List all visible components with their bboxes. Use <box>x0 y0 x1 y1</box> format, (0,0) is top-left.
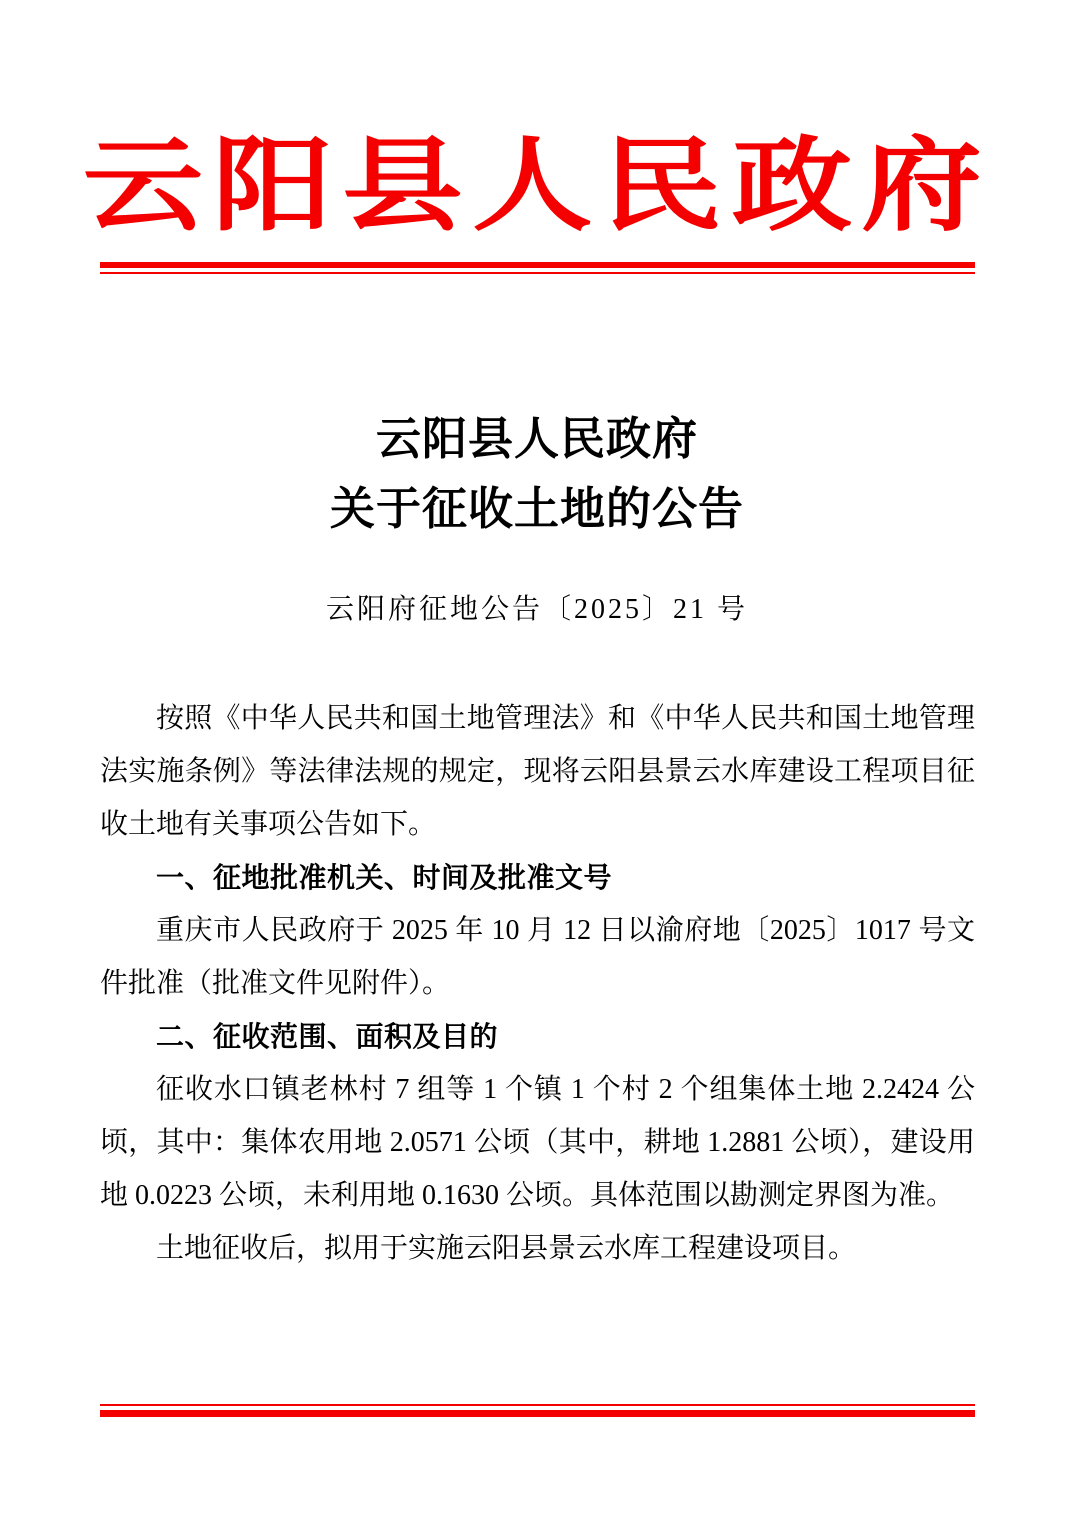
masthead-org-name: 云阳县人民政府 <box>83 128 992 248</box>
header-separator-thin-line <box>100 272 975 274</box>
document-page: 云阳县人民政府 云阳县人民政府 关于征收土地的公告 云阳府征地公告〔2025〕2… <box>0 0 1074 1520</box>
footer-separator <box>100 1404 975 1417</box>
section-heading-1: 一、征地批准机关、时间及批准文号 <box>100 851 975 904</box>
document-title-line2: 关于征收土地的公告 <box>0 474 1074 544</box>
header-separator <box>100 262 975 274</box>
document-number: 云阳府征地公告〔2025〕21 号 <box>0 592 1074 628</box>
document-title-line1: 云阳县人民政府 <box>0 404 1074 474</box>
section-heading-2: 二、征收范围、面积及目的 <box>100 1010 975 1063</box>
paragraph-intro: 按照《中华人民共和国土地管理法》和《中华人民共和国土地管理法实施条例》等法律法规… <box>100 692 975 851</box>
masthead: 云阳县人民政府 <box>0 128 1074 248</box>
paragraph-purpose: 土地征收后，拟用于实施云阳县景云水库工程建设项目。 <box>100 1222 975 1275</box>
footer-separator-thick-line <box>100 1410 975 1417</box>
document-body: 按照《中华人民共和国土地管理法》和《中华人民共和国土地管理法实施条例》等法律法规… <box>100 692 975 1275</box>
paragraph-approval: 重庆市人民政府于 2025 年 10 月 12 日以渝府地〔2025〕1017 … <box>100 904 975 1010</box>
paragraph-scope: 征收水口镇老林村 7 组等 1 个镇 1 个村 2 个组集体土地 2.2424 … <box>100 1063 975 1222</box>
document-title: 云阳县人民政府 关于征收土地的公告 <box>0 404 1074 544</box>
